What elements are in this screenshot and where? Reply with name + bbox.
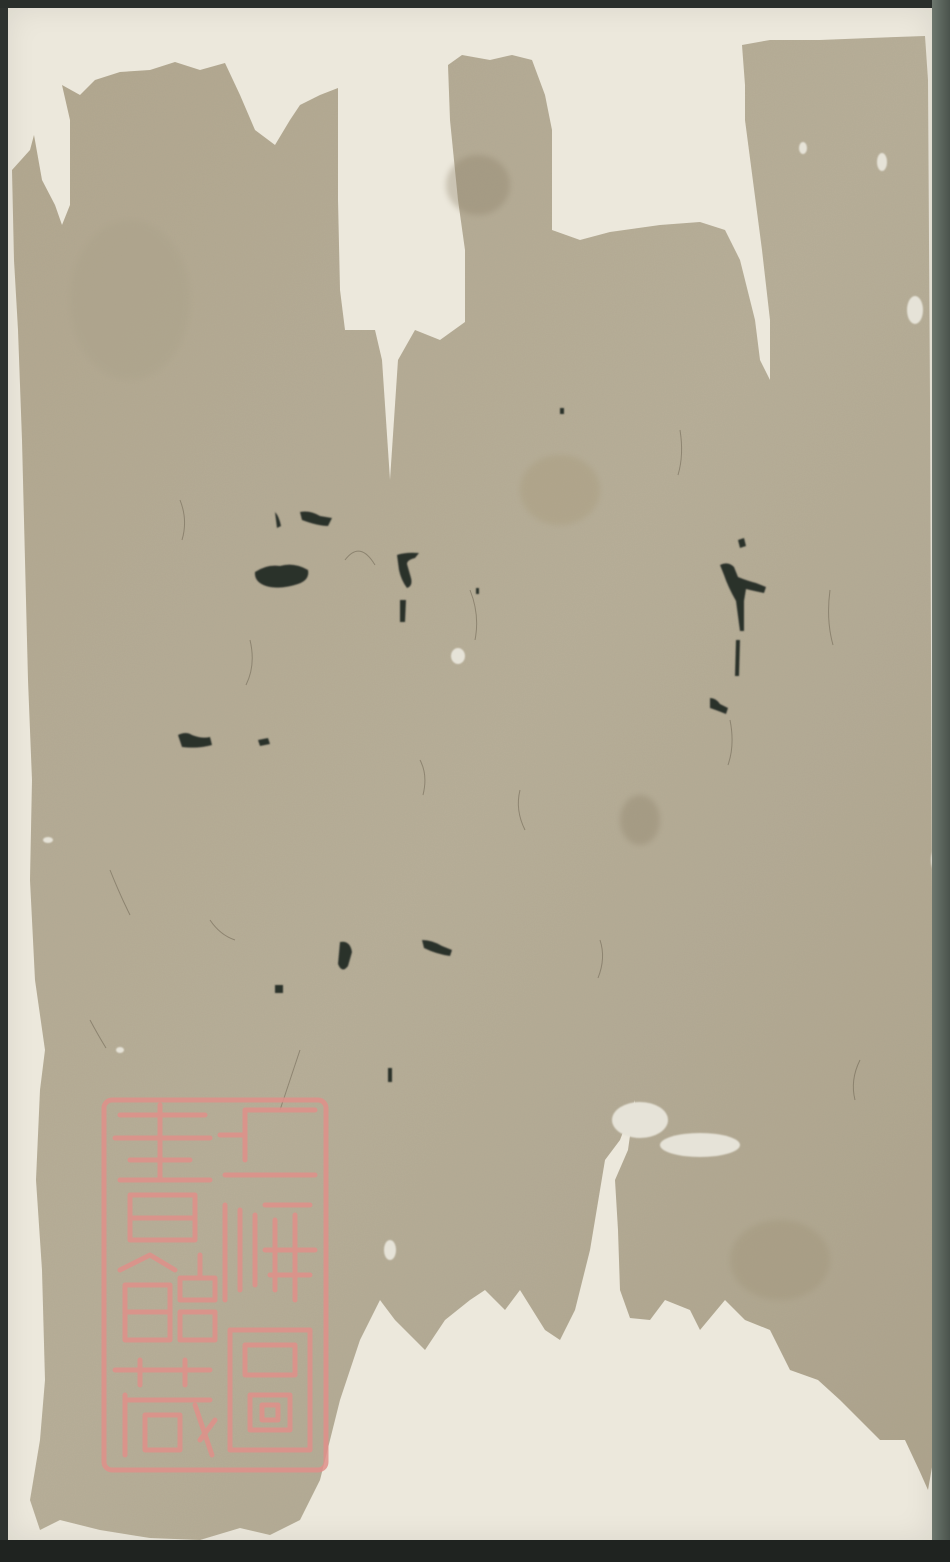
ink-fragment — [275, 985, 283, 993]
ink-fragment — [476, 588, 479, 594]
scanner-right-edge — [932, 0, 950, 1562]
ink-fragment — [560, 408, 564, 414]
scanner-bottom-edge — [0, 1540, 950, 1562]
ink-fragment — [388, 1068, 392, 1082]
scanned-page: 上海圖書館藏 Shanghai Library Collection — [0, 0, 950, 1562]
ink-fragment — [400, 600, 406, 622]
document-page — [0, 0, 950, 1562]
